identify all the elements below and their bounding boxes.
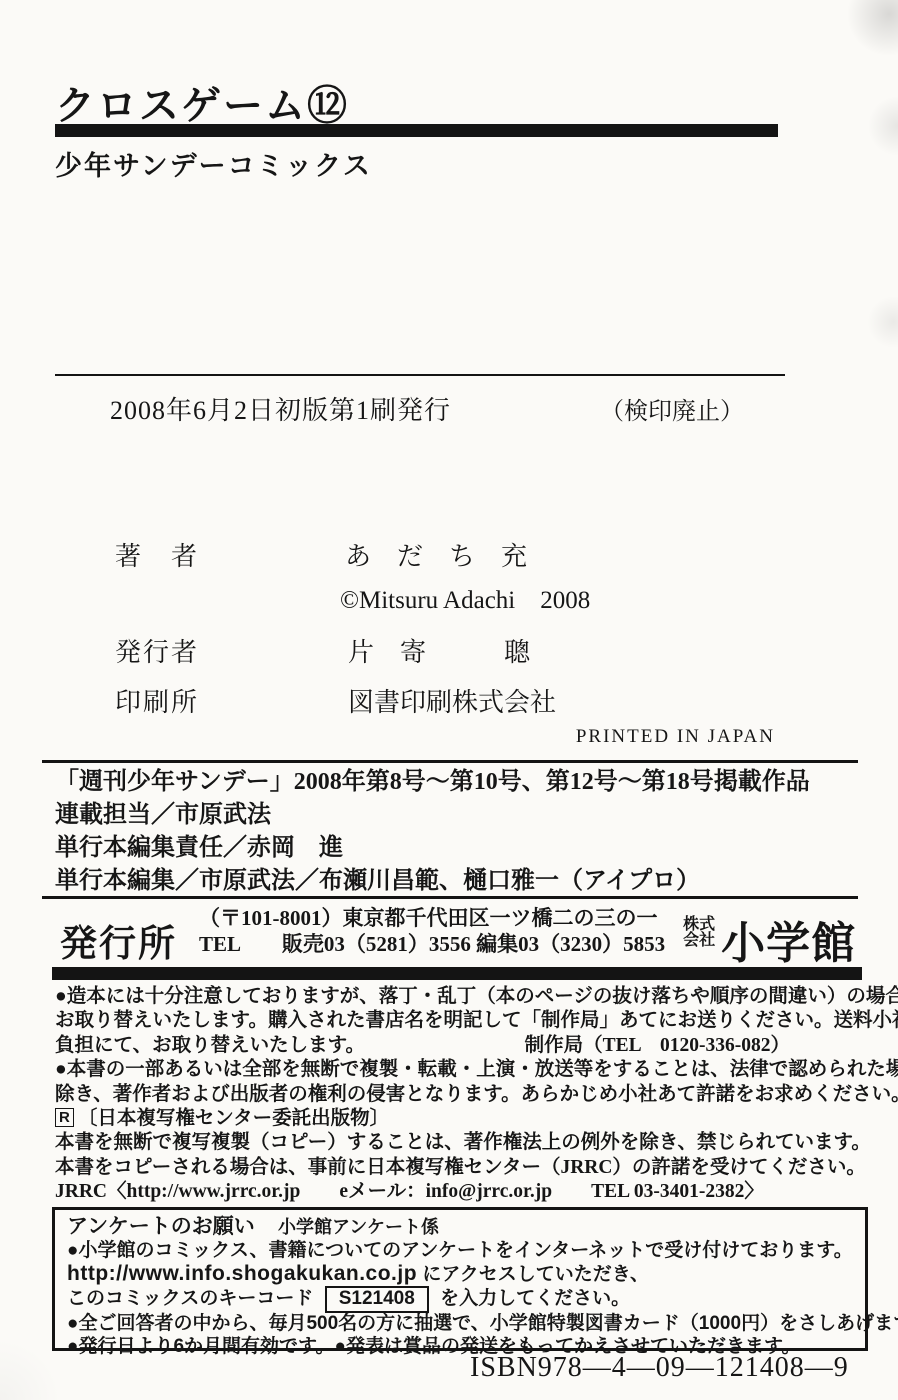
serialization-line: 連載担当／市原武法: [55, 799, 865, 832]
survey-heading: アンケートのお願い: [67, 1215, 255, 1238]
notice-copyright-1: ●本書の一部あるいは全部を無断で複製・転載・上演・放送等をすることは、法律で認め…: [55, 1058, 845, 1082]
printed-in-japan: PRINTED IN JAPAN: [576, 726, 775, 748]
issuer-label: 発行者: [115, 632, 199, 669]
publishing-office-label: 発行所: [60, 913, 177, 967]
notice-photocopy-2: 本書をコピーされる場合は、事前に日本複写権センター（JRRC）の許諾を受けてくだ…: [55, 1156, 845, 1180]
survey-intro: ●小学館のコミックス、書籍についてのアンケートをインターネットで受け付けておりま…: [67, 1240, 853, 1263]
publisher-name: 小学館: [721, 907, 856, 971]
survey-heading-row: アンケートのお願い 小学館アンケート係: [67, 1216, 853, 1240]
survey-box: アンケートのお願い 小学館アンケート係 ●小学館のコミックス、書籍についてのアン…: [52, 1207, 868, 1351]
serialization-line: 単行本編集責任／赤岡 進: [55, 832, 865, 865]
survey-url: http://www.info.shogakukan.co.jp: [67, 1262, 417, 1285]
survey-section-name: 小学館アンケート係: [278, 1217, 439, 1237]
keycode-value: S121408: [325, 1286, 429, 1313]
notice-binding-1: ●造本には十分注意しておりますが、落丁・乱丁（本のページの抜け落ちや順序の間違い…: [55, 985, 845, 1009]
notice-binding-2: お取り替えいたします。購入された書店名を明記して「制作局」あてにお送りください。…: [55, 1009, 845, 1033]
edition-rule: [55, 374, 785, 376]
serialization-top-rule: [42, 760, 858, 763]
isbn-text: ISBN978—4—09—121408—9: [470, 1352, 849, 1384]
notice-photocopy-1: 本書を無断で複写複製（コピー）することは、著作権法上の例外を除き、禁じられていま…: [55, 1131, 845, 1155]
survey-url-suffix: にアクセスしていただき、: [422, 1264, 649, 1285]
colophon-page: クロスゲーム⑫ 少年サンデーコミックス 2008年6月2日初版第1刷発行 （検印…: [0, 0, 898, 1400]
printer-name: 図書印刷株式会社: [348, 682, 556, 719]
issuer-name: 片 寄 聰: [348, 632, 530, 669]
page-title: クロスゲーム⑫: [55, 74, 349, 131]
keycode-suffix: を入力してください。: [440, 1288, 630, 1309]
series-name: 少年サンデーコミックス: [55, 144, 372, 183]
notice-binding-3-left: 負担にて、お取り替えいたします。: [55, 1034, 365, 1058]
publisher-bottom-bar: [52, 967, 862, 980]
serialization-line: 単行本編集／市原武法／布瀬川昌範、樋口雅一（アイプロ）: [55, 865, 865, 898]
survey-url-row: http://www.info.shogakukan.co.jp にアクセスして…: [67, 1263, 853, 1287]
author-label: 著 者: [115, 536, 199, 573]
title-rule: [55, 124, 778, 137]
copyright-line: ©Mitsuru Adachi 2008: [340, 580, 590, 616]
seal-abolition-note: （検印廃止）: [600, 391, 744, 426]
corp-prefix-top: 株式: [683, 917, 715, 933]
serialization-bottom-rule: [42, 896, 858, 899]
publisher-address: （〒101-8001）東京都千代田区一ツ橋二の三の一: [199, 905, 665, 931]
registered-r-mark: R: [55, 1108, 74, 1127]
production-bureau-tel: 制作局（TEL 0120-336-082）: [525, 1034, 790, 1058]
edition-date: 2008年6月2日初版第1刷発行: [110, 390, 451, 427]
publisher-tel: TEL 販売03（5281）3556 編集03（3230）5853: [199, 931, 665, 957]
author-name: あ だ ち 充: [345, 536, 527, 573]
survey-keycode-row: このコミックスのキーコード S121408 を入力してください。: [67, 1286, 853, 1313]
notice-copyright-2: 除き、著作者および出版者の権利の侵害となります。あらかじめ小社あて許諾をお求めく…: [55, 1083, 845, 1107]
corp-prefix-bottom: 会社: [683, 933, 715, 949]
notice-rrc-line: R〔日本複写権センター委託出版物〕: [55, 1107, 845, 1131]
survey-prize-line: ●全ご回答者の中から、毎月500名の方に抽選で、小学館特製図書カード（1000円…: [67, 1313, 853, 1336]
printer-label: 印刷所: [115, 682, 199, 719]
jrrc-contact-line: JRRC〈http://www.jrrc.or.jp eメール：info@jrr…: [55, 1180, 845, 1204]
serialization-line: 「週刊少年サンデー」2008年第8号～第10号、第12号～第18号掲載作品: [55, 766, 865, 799]
rrc-entrusted-text: 〔日本複写権センター委託出版物〕: [78, 1108, 389, 1129]
notice-binding-3: 負担にて、お取り替えいたします。 制作局（TEL 0120-336-082）: [55, 1034, 845, 1058]
keycode-prefix: このコミックスのキーコード: [67, 1288, 313, 1309]
